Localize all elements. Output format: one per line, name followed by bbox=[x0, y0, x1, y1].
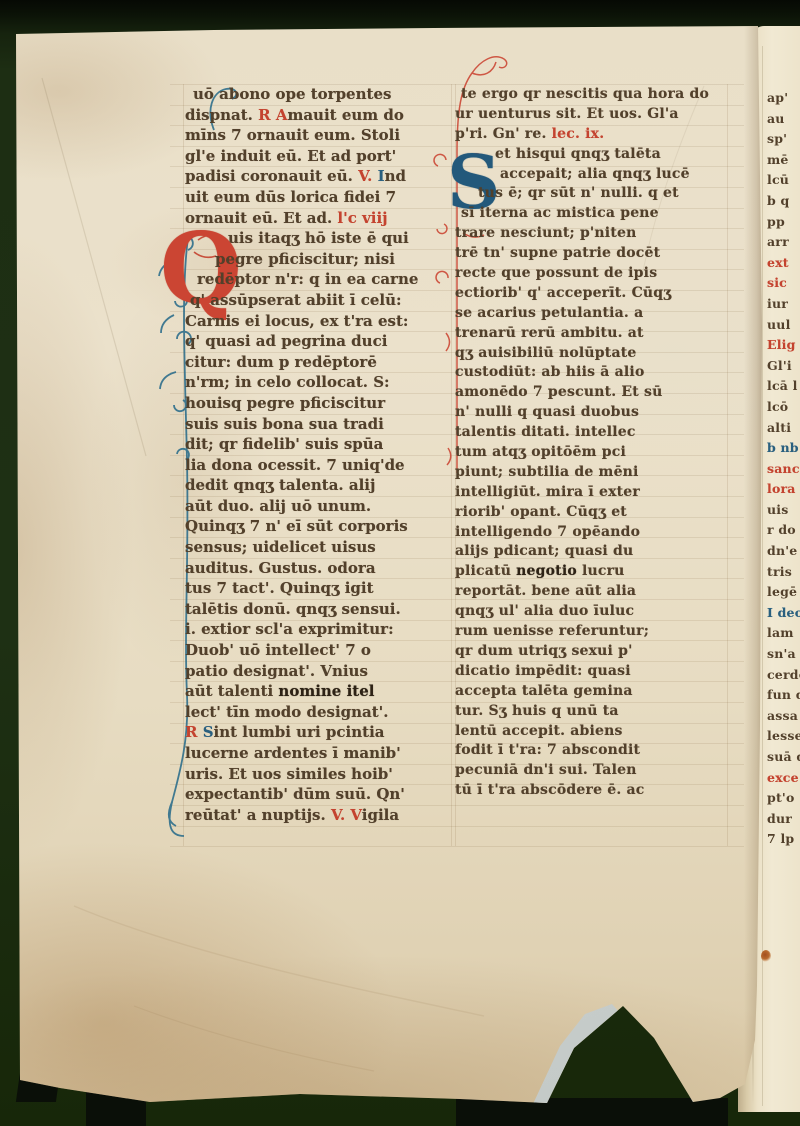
manuscript-line: qʒ auisibiliū nolūptate bbox=[455, 344, 731, 364]
text-segment: tū ī t'ra abscōdere ē. ac bbox=[455, 782, 645, 798]
next-folio-fragment: sp' bbox=[767, 129, 800, 150]
next-folio-fragment: lcā l bbox=[767, 376, 800, 397]
manuscript-line: lect' tīn modo designat'. bbox=[185, 702, 449, 723]
page-shadow bbox=[456, 1098, 728, 1126]
manuscript-line: alijs pdicant; quasi du bbox=[455, 542, 731, 562]
manuscript-line: sī iterna ac mistica pene bbox=[455, 204, 731, 224]
text-segment: talentis ditati. intellec bbox=[455, 424, 636, 440]
manuscript-line: se acarius petulantia. a bbox=[455, 304, 731, 324]
manuscript-line: suis suis bona sua tradi bbox=[185, 414, 449, 435]
manuscript-line: uō abono ope torpentes bbox=[185, 84, 449, 105]
manuscript-line: intelligiūt. mira ī exter bbox=[455, 483, 731, 503]
manuscript-line: mīns 7 ornauit eum. Stoli bbox=[185, 125, 449, 146]
text-segment: tum atqʒ opitōēm pci bbox=[455, 444, 626, 460]
text-segment: et hisqui qnqʒ talēta bbox=[495, 146, 661, 162]
manuscript-line: tū ī t'ra abscōdere ē. ac bbox=[455, 781, 731, 801]
next-folio-fragment: assa bbox=[767, 706, 800, 727]
manuscript-line: trenarū rerū ambitu. at bbox=[455, 324, 731, 344]
manuscript-line: lia dona ocessit. 7 uniq'de bbox=[185, 455, 449, 476]
next-folio-fragment: I deo bbox=[767, 603, 800, 624]
manuscript-line: padisi coronauit eū. V. Ind bbox=[185, 166, 449, 187]
text-segment: ornauit eū. Et ad. bbox=[185, 209, 337, 227]
next-folio-fragment: lcō bbox=[767, 397, 800, 418]
text-segment: mīns 7 ornauit eum. Stoli bbox=[185, 126, 400, 144]
manuscript-line: tur. Sʒ huis q unū ta bbox=[455, 702, 731, 722]
text-segment: qʒ auisibiliū nolūptate bbox=[455, 345, 637, 361]
manuscript-line: piunt; subtilia de mēni bbox=[455, 463, 731, 483]
text-segment: expectantib' dūm suū. Qn' bbox=[185, 785, 405, 803]
next-folio-fragment: exce bbox=[767, 768, 800, 789]
manuscript-line: custodiūt: ab hiis ā alio bbox=[455, 363, 731, 383]
text-segment: Carnis ei locus, ex t'ra est: bbox=[185, 312, 408, 330]
next-folio-fragment: lesse bbox=[767, 726, 800, 747]
manuscript-line: reūtat' a nuptijs. V. Vigila bbox=[185, 805, 449, 826]
text-segment: q' quasi ad pegrina duci bbox=[185, 332, 387, 350]
next-folio-fragment: cerdo bbox=[767, 665, 800, 686]
manuscript-line: ornauit eū. Et ad. l'c viij bbox=[185, 208, 449, 229]
text-segment: sensus; uidelicet uisus bbox=[185, 538, 376, 556]
next-folio-fragment: ap' bbox=[767, 88, 800, 109]
text-segment: i. extior scl'a exprimitur: bbox=[185, 620, 394, 638]
text-segment: gl'e induit eū. Et ad port' bbox=[185, 147, 396, 165]
manuscript-line: citur: dum p redēptorē bbox=[185, 352, 449, 373]
next-folio-fragment: arr bbox=[767, 232, 800, 253]
manuscript-line: pegre pficiscitur; nisi bbox=[185, 249, 449, 270]
next-folio-fragment: dn'e bbox=[767, 541, 800, 562]
manuscript-line: aūt talenti nomine itel bbox=[185, 681, 449, 702]
manuscript-line: te ergo qr nescitis qua hora do bbox=[455, 85, 731, 105]
text-segment: lia dona ocessit. 7 uniq'de bbox=[185, 456, 405, 474]
manuscript-line: patio designat'. Vnius bbox=[185, 661, 449, 682]
manuscript-line: Carnis ei locus, ex t'ra est: bbox=[185, 311, 449, 332]
manuscript-line: lucerne ardentes ī manib' bbox=[185, 743, 449, 764]
text-segment: rum uenisse referuntur; bbox=[455, 623, 649, 639]
manuscript-line: intelligendo 7 opēando bbox=[455, 523, 731, 543]
text-segment: aūt talenti bbox=[185, 682, 278, 700]
next-folio-fragment: legē bbox=[767, 582, 800, 603]
manuscript-line: plicatū negotio lucru bbox=[455, 562, 731, 582]
manuscript-line: tus 7 tact'. Quinqʒ igit bbox=[185, 578, 449, 599]
text-segment: alijs pdicant; quasi du bbox=[455, 543, 633, 559]
text-segment: trē tn' supne patrie docēt bbox=[455, 245, 660, 261]
text-segment: uis itaqʒ hō iste ē qui bbox=[228, 229, 409, 247]
next-folio-fragment: pt'o bbox=[767, 788, 800, 809]
manuscript-line: rum uenisse referuntur; bbox=[455, 622, 731, 642]
text-segment: uō abono ope torpentes bbox=[193, 85, 391, 103]
text-segment: fodit ī t'ra: 7 abscondit bbox=[455, 742, 640, 758]
text-segment: ur uenturus sit. Et uos. Gl'a bbox=[455, 106, 679, 122]
manuscript-line: dit; qr fidelib' suis spūa bbox=[185, 434, 449, 455]
next-folio-fragment: lcū bbox=[767, 170, 800, 191]
text-segment: I bbox=[378, 167, 385, 185]
manuscript-line: q' assūpserat abiit ī celū: bbox=[185, 290, 449, 311]
manuscript-line: uris. Et uos similes hoib' bbox=[185, 764, 449, 785]
manuscript-line: dicatio impēdit: quasi bbox=[455, 662, 731, 682]
text-segment: uris. Et uos similes hoib' bbox=[185, 765, 393, 783]
text-segment: pegre pficiscitur; nisi bbox=[215, 250, 395, 268]
text-segment: qnqʒ ul' alia duo īuluc bbox=[455, 603, 634, 619]
text-segment: custodiūt: ab hiis ā alio bbox=[455, 364, 644, 380]
text-segment: reportāt. bene aūt alia bbox=[455, 583, 636, 599]
text-segment: dispnat. bbox=[185, 106, 258, 124]
text-segment: lect' tīn modo designat'. bbox=[185, 703, 389, 721]
manuscript-line: redēptor n'r: q in ea carne bbox=[185, 269, 449, 290]
text-segment: R bbox=[185, 723, 203, 741]
text-segment: plicatū bbox=[455, 563, 516, 579]
manuscript-line: q' quasi ad pegrina duci bbox=[185, 331, 449, 352]
text-segment: q' assūpserat abiit ī celū: bbox=[190, 291, 402, 309]
manuscript-line: pecuniā dn'i sui. Talen bbox=[455, 761, 731, 781]
text-segment: n' nulli q quasi duobus bbox=[455, 404, 639, 420]
text-segment: mauit eum do bbox=[287, 106, 403, 124]
next-folio-fragment: au bbox=[767, 109, 800, 130]
text-segment: nomine itel bbox=[278, 682, 374, 700]
next-folio-fragment: suā d bbox=[767, 747, 800, 768]
text-segment: lentū accepit. abiens bbox=[455, 723, 623, 739]
text-segment: qr dum utriqʒ sexui p' bbox=[455, 643, 633, 659]
text-segment: talētis donū. qnqʒ sensui. bbox=[185, 600, 401, 618]
next-folio-fragment: lora bbox=[767, 479, 800, 500]
next-folio-fragment: alti bbox=[767, 418, 800, 439]
manuscript-line: aūt duo. alij uō unum. bbox=[185, 496, 449, 517]
text-segment: igila bbox=[362, 806, 399, 824]
left-text-column: uō abono ope torpentesdispnat. R Amauit … bbox=[185, 84, 449, 825]
next-folio-fragment: iur bbox=[767, 294, 800, 315]
text-segment: p'ri. Gn' re. bbox=[455, 126, 552, 142]
next-folio-fragment: uul bbox=[767, 315, 800, 336]
manuscript-line: ectiorib' q' acceperīt. Cūqʒ bbox=[455, 284, 731, 304]
text-segment: V. V bbox=[331, 806, 362, 824]
manuscript-line: gl'e induit eū. Et ad port' bbox=[185, 146, 449, 167]
manuscript-line: ur uenturus sit. Et uos. Gl'a bbox=[455, 105, 731, 125]
manuscript-line: Quinqʒ 7 n' eī sūt corporis bbox=[185, 516, 449, 537]
text-segment: intelligendo 7 opēando bbox=[455, 524, 640, 540]
manuscript-line: trē tn' supne patrie docēt bbox=[455, 244, 731, 264]
next-folio-fragment: pp bbox=[767, 212, 800, 233]
manuscript-line: fodit ī t'ra: 7 abscondit bbox=[455, 741, 731, 761]
text-segment: lec. ix. bbox=[552, 126, 605, 142]
manuscript-line: accepait; alia qnqʒ lucē bbox=[455, 165, 731, 185]
rust-stain bbox=[761, 950, 771, 962]
text-segment: uit eum dūs lorica fidei 7 bbox=[185, 188, 396, 206]
text-segment: intelligiūt. mira ī exter bbox=[455, 484, 640, 500]
text-segment: A bbox=[276, 106, 288, 124]
manuscript-line: houisq pegre pficiscitur bbox=[185, 393, 449, 414]
manuscript-line: et hisqui qnqʒ talēta bbox=[455, 145, 731, 165]
text-segment: aūt duo. alij uō unum. bbox=[185, 497, 371, 515]
next-folio-fragment: tris bbox=[767, 562, 800, 583]
text-segment: citur: dum p redēptorē bbox=[185, 353, 377, 371]
manuscript-line: uis itaqʒ hō iste ē qui bbox=[185, 228, 449, 249]
next-folio-fragment: sic bbox=[767, 273, 800, 294]
text-segment: n'rm; in celo collocat. S: bbox=[185, 373, 390, 391]
next-folio-fragment: uis bbox=[767, 500, 800, 521]
manuscript-line: tus ē; qr sūt n' nulli. q et bbox=[455, 184, 731, 204]
next-folio-fragment: r do bbox=[767, 520, 800, 541]
text-segment: trenarū rerū ambitu. at bbox=[455, 325, 644, 341]
text-segment: dicatio impēdit: quasi bbox=[455, 663, 631, 679]
manuscript-line: expectantib' dūm suū. Qn' bbox=[185, 784, 449, 805]
manuscript-line: sensus; uidelicet uisus bbox=[185, 537, 449, 558]
manuscript-line: dedit qnqʒ talenta. alij bbox=[185, 475, 449, 496]
next-folio-fragment: lam bbox=[767, 623, 800, 644]
text-segment: Quinqʒ 7 n' eī sūt corporis bbox=[185, 517, 408, 535]
text-segment: trare nesciunt; p'niten bbox=[455, 225, 636, 241]
next-folio-fragment: mē bbox=[767, 150, 800, 171]
manuscript-line: Duob' uō intellect' 7 o bbox=[185, 640, 449, 661]
manuscript-line: talentis ditati. intellec bbox=[455, 423, 731, 443]
manuscript-line: uit eum dūs lorica fidei 7 bbox=[185, 187, 449, 208]
next-folio-fragment: dur bbox=[767, 809, 800, 830]
text-segment: amonēdo 7 pescunt. Et sū bbox=[455, 384, 662, 400]
manuscript-line: talētis donū. qnqʒ sensui. bbox=[185, 599, 449, 620]
manuscript-line: riorib' opant. Cūqʒ et bbox=[455, 503, 731, 523]
next-folio-fragment: sanc bbox=[767, 459, 800, 480]
manuscript-line: R Sint lumbi uri pcintia bbox=[185, 722, 449, 743]
text-segment: R bbox=[258, 106, 276, 124]
text-segment: Duob' uō intellect' 7 o bbox=[185, 641, 371, 659]
manuscript-line: n'rm; in celo collocat. S: bbox=[185, 372, 449, 393]
next-folio-fragment: b q bbox=[767, 191, 800, 212]
manuscript-line: i. extior scl'a exprimitur: bbox=[185, 619, 449, 640]
next-folio-fragment: ext bbox=[767, 253, 800, 274]
next-folio-fragment: Gl'i bbox=[767, 356, 800, 377]
text-segment: negotio bbox=[516, 563, 577, 579]
text-segment: tus 7 tact'. Quinqʒ igit bbox=[185, 579, 374, 597]
text-segment: suis suis bona sua tradi bbox=[185, 415, 384, 433]
text-segment: auditus. Gustus. odora bbox=[185, 559, 376, 577]
text-segment: sī iterna ac mistica pene bbox=[461, 205, 659, 221]
manuscript-line: lentū accepit. abiens bbox=[455, 722, 731, 742]
text-segment: l'c viij bbox=[337, 209, 387, 227]
text-segment: lucerne ardentes ī manib' bbox=[185, 744, 401, 762]
text-segment: reūtat' a nuptijs. bbox=[185, 806, 331, 824]
manuscript-line: n' nulli q quasi duobus bbox=[455, 403, 731, 423]
text-segment: accepait; alia qnqʒ lucē bbox=[500, 166, 690, 182]
next-folio-fragment: Elig bbox=[767, 335, 800, 356]
manuscript-line: recte que possunt de ipis bbox=[455, 264, 731, 284]
manuscript-line: dispnat. R Amauit eum do bbox=[185, 105, 449, 126]
text-segment: te ergo qr nescitis qua hora do bbox=[461, 86, 709, 102]
manuscript-line: tum atqʒ opitōēm pci bbox=[455, 443, 731, 463]
manuscript-line: accepta talēta gemina bbox=[455, 682, 731, 702]
text-segment: houisq pegre pficiscitur bbox=[185, 394, 385, 412]
text-segment: ectiorib' q' acceperīt. Cūqʒ bbox=[455, 285, 671, 301]
text-segment: padisi coronauit eū. bbox=[185, 167, 358, 185]
manuscript-line: amonēdo 7 pescunt. Et sū bbox=[455, 383, 731, 403]
text-segment: patio designat'. Vnius bbox=[185, 662, 368, 680]
manuscript-line: trare nesciunt; p'niten bbox=[455, 224, 731, 244]
manuscript-line: qr dum utriqʒ sexui p' bbox=[455, 642, 731, 662]
next-folio-fragment: 7 lp bbox=[767, 829, 800, 850]
text-segment: dit; qr fidelib' suis spūa bbox=[185, 435, 383, 453]
text-segment: dedit qnqʒ talenta. alij bbox=[185, 476, 375, 494]
next-folio-fragment: sn'a bbox=[767, 644, 800, 665]
manuscript-line: auditus. Gustus. odora bbox=[185, 558, 449, 579]
text-segment: S bbox=[203, 723, 214, 741]
next-folio-text-fragments: ap'ausp'mēlcūb qpparrextsiciuruulEligGl'… bbox=[767, 88, 800, 850]
next-folio-fragment: fun d bbox=[767, 685, 800, 706]
text-segment: int lumbi uri pcintia bbox=[214, 723, 385, 741]
next-folio-fragment: b nb bbox=[767, 438, 800, 459]
text-segment: tus ē; qr sūt n' nulli. q et bbox=[478, 185, 679, 201]
text-segment: pecuniā dn'i sui. Talen bbox=[455, 762, 637, 778]
manuscript-line: reportāt. bene aūt alia bbox=[455, 582, 731, 602]
text-segment: accepta talēta gemina bbox=[455, 683, 633, 699]
text-segment: tur. Sʒ huis q unū ta bbox=[455, 703, 619, 719]
text-segment: piunt; subtilia de mēni bbox=[455, 464, 639, 480]
text-segment: recte que possunt de ipis bbox=[455, 265, 657, 281]
manuscript-line: qnqʒ ul' alia duo īuluc bbox=[455, 602, 731, 622]
text-segment: redēptor n'r: q in ea carne bbox=[197, 270, 418, 288]
text-segment: se acarius petulantia. a bbox=[455, 305, 643, 321]
text-segment: lucru bbox=[577, 563, 625, 579]
text-segment: nd bbox=[385, 167, 406, 185]
text-segment: riorib' opant. Cūqʒ et bbox=[455, 504, 627, 520]
text-segment: V. bbox=[358, 167, 377, 185]
right-text-column: te ergo qr nescitis qua hora dour uentur… bbox=[455, 85, 731, 801]
page-fold-line bbox=[762, 46, 763, 1106]
manuscript-line: p'ri. Gn' re. lec. ix. bbox=[455, 125, 731, 145]
